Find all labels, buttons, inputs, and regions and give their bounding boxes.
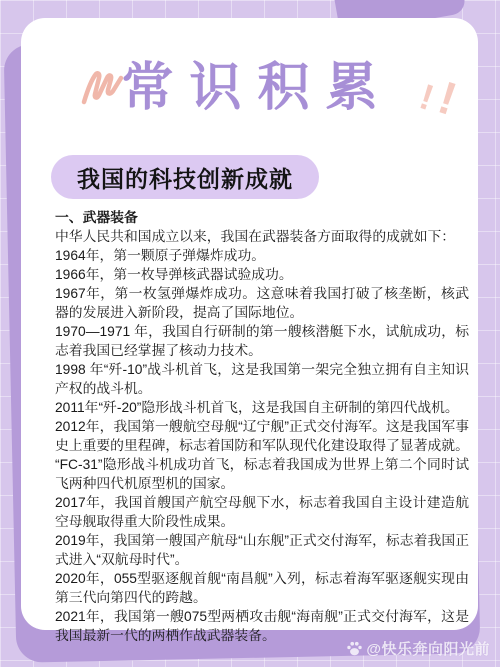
exclamation-icon: ! ! — [415, 64, 464, 126]
body-paragraph: 1998 年“歼-10”战斗机首飞，这是我国第一架完全独立拥有自主知识产权的战斗… — [55, 360, 469, 398]
body-paragraph: 1966年，第一枚导弹核武器试验成功。 — [55, 265, 469, 284]
subtitle-text: 我国的科技创新成就 — [77, 161, 293, 194]
body-paragraph: 1964年，第一颗原子弹爆炸成功。 — [55, 246, 469, 265]
body-paragraph: “FC-31”隐形战斗机成功首飞，标志着我国成为世界上第二个同时试飞两种四代机原… — [55, 455, 469, 493]
body-paragraph: 2011年“歼-20”隐形战斗机首飞，这是我国自主研制的第四代战机。 — [55, 398, 469, 417]
paragraph-list: 中华人民共和国成立以来，我国在武器装备方面取得的成就如下：1964年，第一颗原子… — [55, 227, 469, 645]
body-paragraph: 中华人民共和国成立以来，我国在武器装备方面取得的成就如下： — [55, 227, 469, 246]
section-heading: 一、武器装备 — [55, 208, 469, 227]
watermark-text: @快乐奔向阳光前 — [366, 638, 490, 659]
body-paragraph: 2019年，我国第一艘国产航母“山东舰”正式交付海军，标志着我国正式进入“双航母… — [55, 531, 469, 569]
body-paragraph: 2017年，我国首艘国产航空母舰下水，标志着我国自主设计建造航空母舰取得重大阶段… — [55, 493, 469, 531]
paw-icon — [346, 640, 363, 657]
body-text: 一、武器装备 中华人民共和国成立以来，我国在武器装备方面取得的成就如下：1964… — [55, 208, 469, 645]
page-title: 常识积累 — [105, 48, 393, 128]
watermark: @快乐奔向阳光前 — [346, 638, 490, 659]
content-card: 常识积累 ! ! 我国的科技创新成就 一、武器装备 中华人民共和国成立以来，我国… — [21, 18, 478, 630]
body-paragraph: 1967年，第一枚氢弹爆炸成功。这意味着我国打破了核垄断，核武器的发展进入新阶段… — [55, 284, 469, 322]
knowledge-card-page: 常识积累 ! ! 我国的科技创新成就 一、武器装备 中华人民共和国成立以来，我国… — [0, 0, 500, 667]
header: 常识积累 ! ! — [21, 48, 478, 128]
body-paragraph: 2020年，055型驱逐舰首舰“南昌舰”入列，标志着海军驱逐舰实现由第三代向第四… — [55, 569, 469, 607]
subtitle-pill: 我国的科技创新成就 — [51, 155, 319, 199]
body-paragraph: 2012年，我国第一艘航空母舰“辽宁舰”正式交付海军。这是我国军事史上重要的里程… — [55, 417, 469, 455]
body-paragraph: 1970—1971 年，我国自行研制的第一艘核潜艇下水，试航成功，标志着我国已经… — [55, 322, 469, 360]
squiggle-icon — [79, 62, 137, 117]
